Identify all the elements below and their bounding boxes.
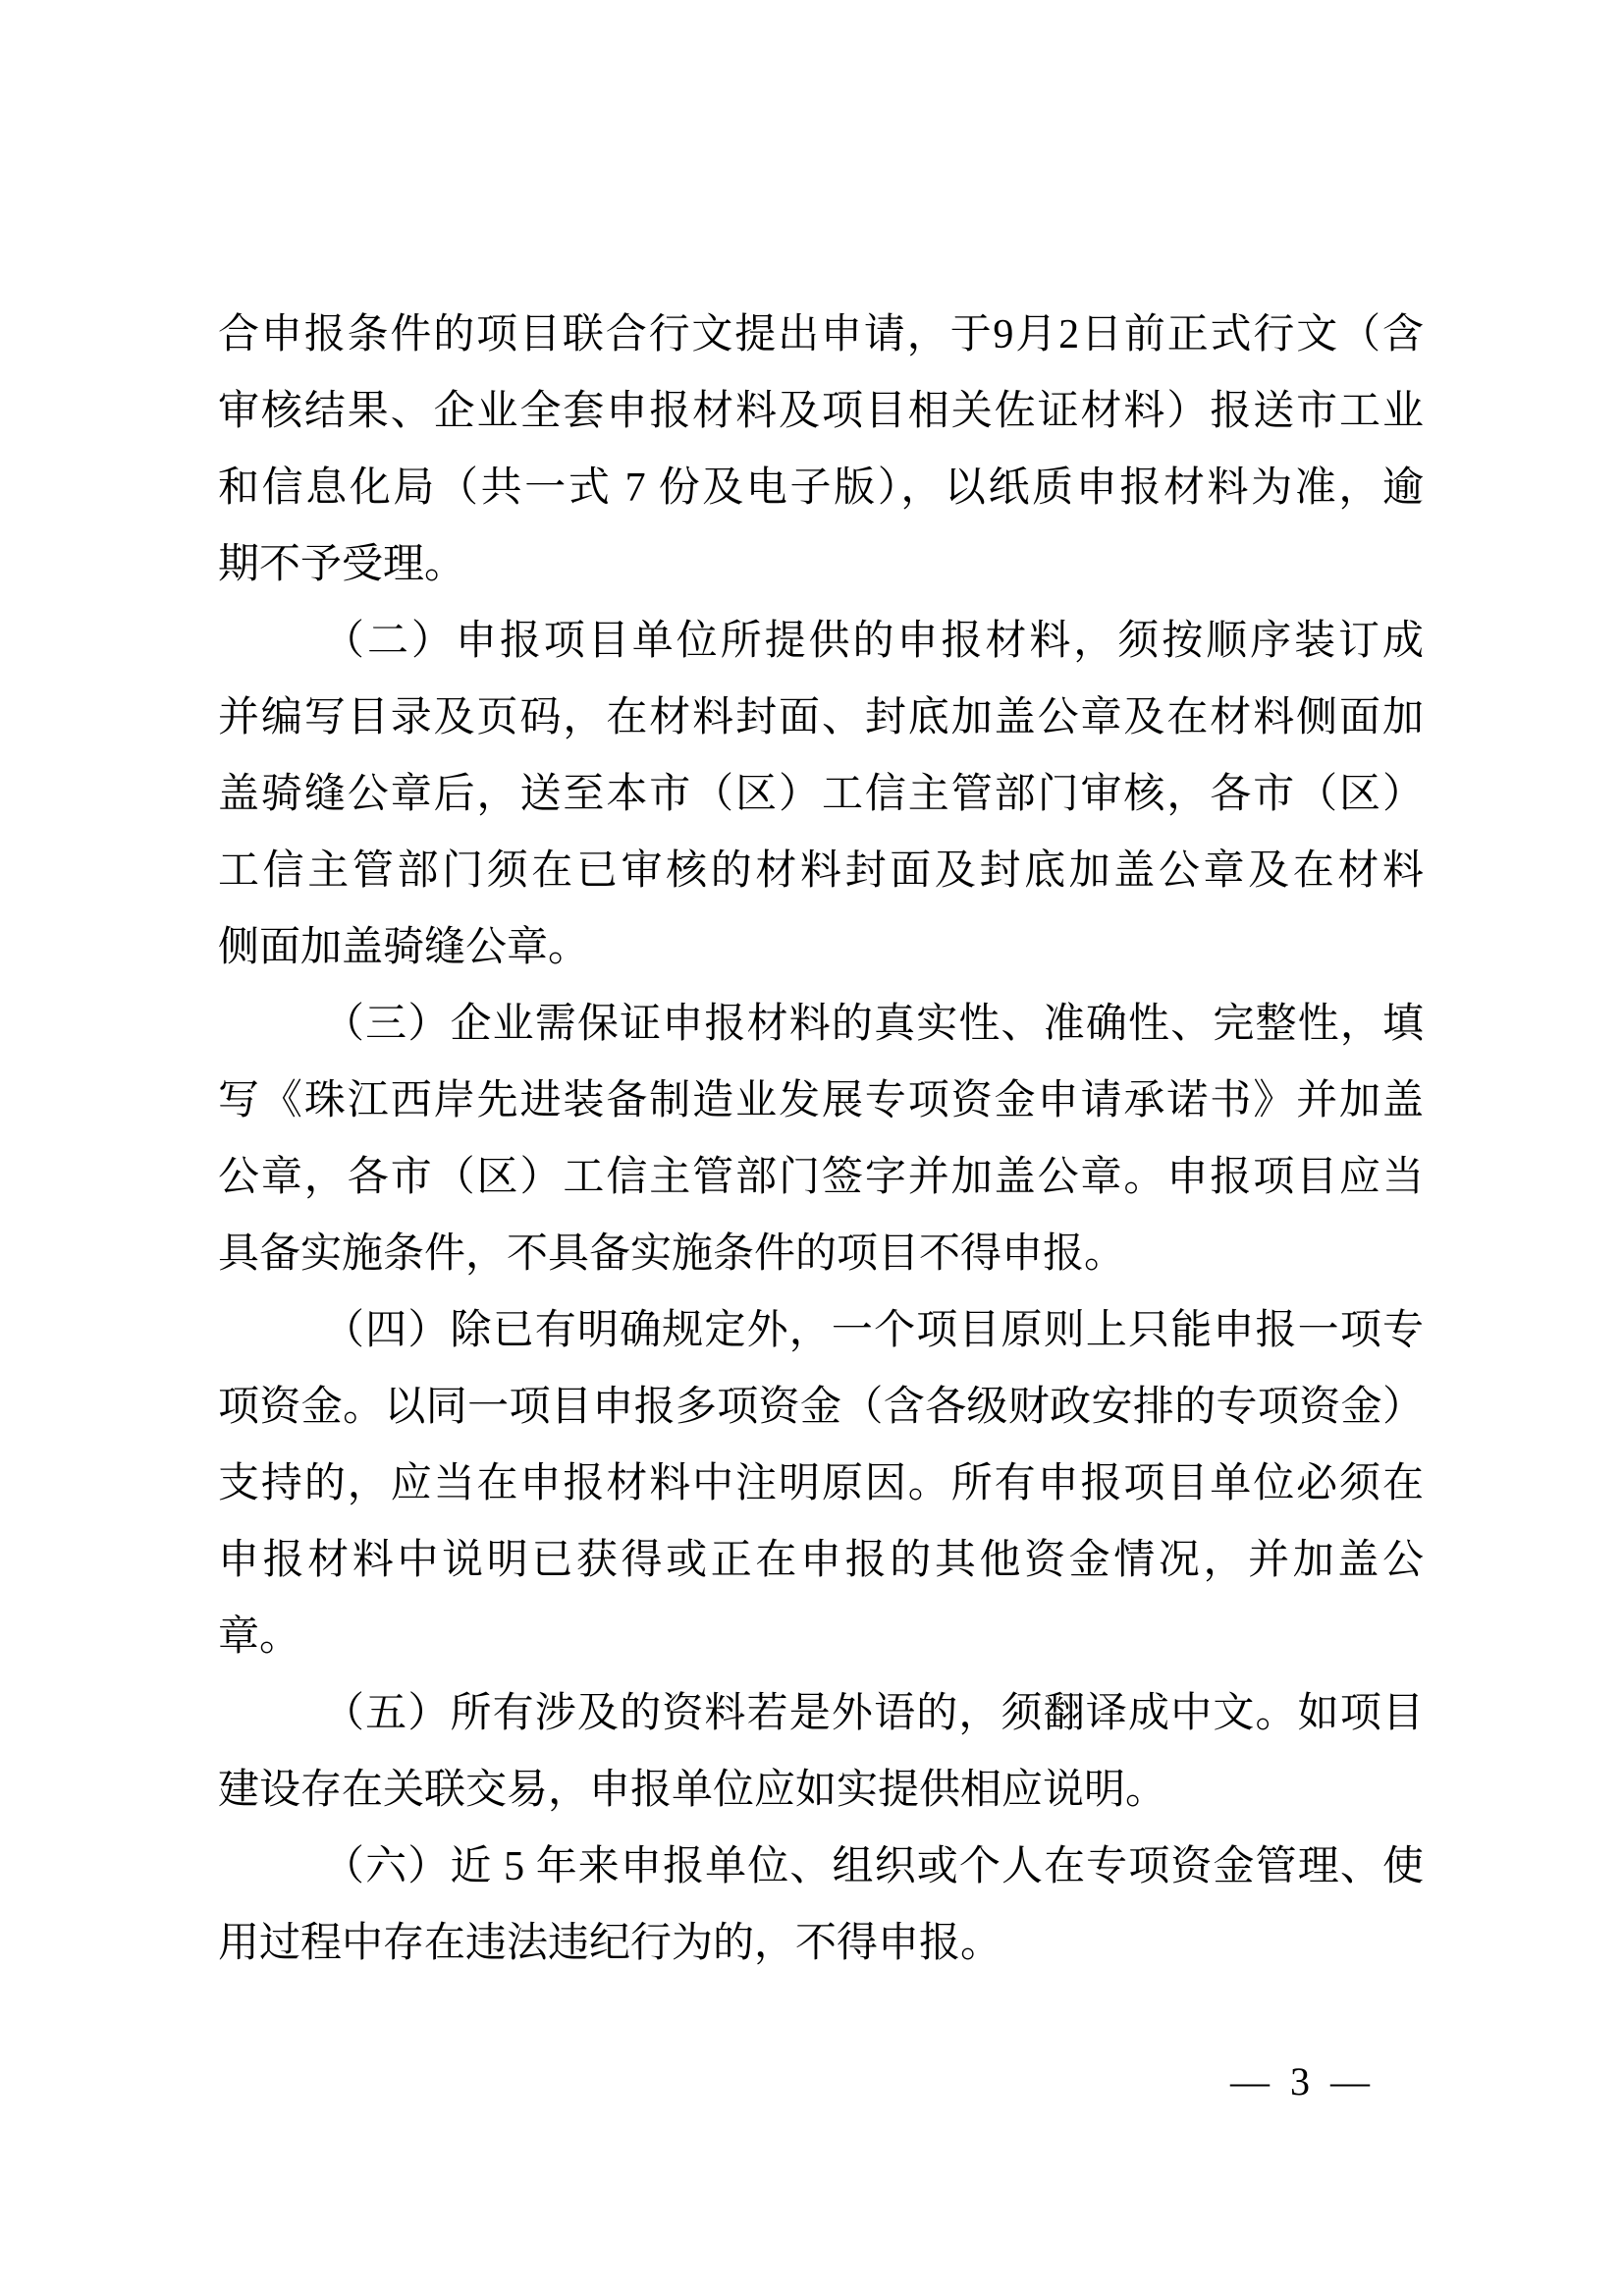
document-body: 合申报条件的项目联合行文提出申请，于9月2日前正式行文（含 审核结果、企业全套申… xyxy=(218,297,1424,1982)
text-line paragraph-start: （二）申报项目单位所提供的申报材料，须按顺序装订成册， xyxy=(218,603,1424,680)
text-line: 和信息化局（共一式 7 份及电子版），以纸质申报材料为准，逾 xyxy=(218,450,1424,526)
text-line: 盖骑缝公章后，送至本市（区）工信主管部门审核，各市（区） xyxy=(218,756,1424,833)
document-page: 合申报条件的项目联合行文提出申请，于9月2日前正式行文（含 审核结果、企业全套申… xyxy=(0,0,1623,2296)
page-number: 3 xyxy=(1290,2056,1310,2107)
text-line: 写《珠江西岸先进装备制造业发展专项资金申请承诺书》并加盖 xyxy=(218,1063,1424,1139)
text-line: 审核结果、企业全套申报材料及项目相关佐证材料）报送市工业 xyxy=(218,373,1424,450)
text-line paragraph-start: （四）除已有明确规定外，一个项目原则上只能申报一项专 xyxy=(218,1292,1424,1369)
text-line: 支持的，应当在申报材料中注明原因。所有申报项目单位必须在 xyxy=(218,1446,1424,1522)
text-line: 工信主管部门须在已审核的材料封面及封底加盖公章及在材料 xyxy=(218,833,1424,909)
text-line: 公章，各市（区）工信主管部门签字并加盖公章。申报项目应当 xyxy=(218,1139,1424,1216)
text-line: 用过程中存在违法违纪行为的，不得申报。 xyxy=(218,1905,1424,1982)
text-line: 侧面加盖骑缝公章。 xyxy=(218,909,1424,986)
text-line: 建设存在关联交易，申报单位应如实提供相应说明。 xyxy=(218,1752,1424,1829)
text-line: 项资金。以同一项目申报多项资金（含各级财政安排的专项资金） xyxy=(218,1369,1424,1446)
text-line paragraph-start: （三）企业需保证申报材料的真实性、准确性、完整性，填 xyxy=(218,986,1424,1063)
text-line: 期不予受理。 xyxy=(218,526,1424,603)
text-line paragraph-start: （六）近 5 年来申报单位、组织或个人在专项资金管理、使 xyxy=(218,1829,1424,1905)
text-line: 申报材料中说明已获得或正在申报的其他资金情况，并加盖公 xyxy=(218,1522,1424,1599)
text-line: 章。 xyxy=(218,1599,1424,1675)
text-line paragraph-start: （五）所有涉及的资料若是外语的，须翻译成中文。如项目 xyxy=(218,1675,1424,1752)
text-line: 合申报条件的项目联合行文提出申请，于9月2日前正式行文（含 xyxy=(218,297,1424,373)
footer-dash-right: — xyxy=(1330,2056,1370,2107)
text-line: 具备实施条件，不具备实施条件的项目不得申报。 xyxy=(218,1216,1424,1292)
footer-dash-left: — xyxy=(1230,2056,1270,2107)
text-line: 并编写目录及页码，在材料封面、封底加盖公章及在材料侧面加 xyxy=(218,680,1424,756)
page-footer: — 3 — xyxy=(1230,2056,1370,2107)
